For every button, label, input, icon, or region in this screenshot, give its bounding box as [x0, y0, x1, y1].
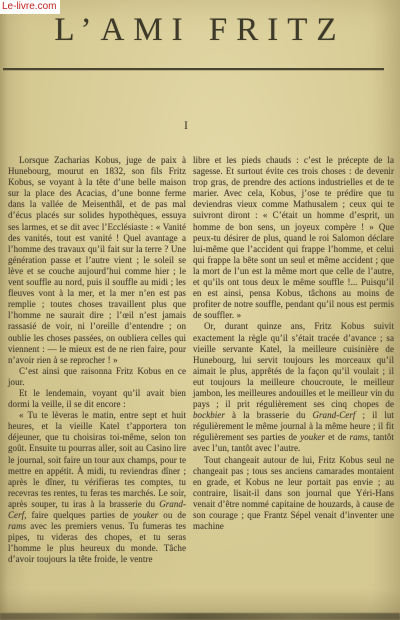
paragraph: Lorsque Zacharias Kobus, juge de paix à … [8, 155, 186, 366]
paragraph: Et le lendemain, voyant qu’il avait bien… [8, 388, 186, 410]
column-right: libre et les pieds chauds : c’est le pré… [193, 155, 394, 565]
paragraph: libre et les pieds chauds : c’est le pré… [193, 155, 394, 321]
title-rule [3, 68, 384, 70]
italic-text: rams [8, 521, 26, 531]
italic-text: youker [134, 510, 159, 520]
italic-text: rams [350, 432, 368, 442]
italic-text: Grand-Cerf [8, 499, 186, 520]
book-title: L’AMI FRITZ [0, 12, 400, 49]
scanned-book-page: Le-livre.com L’AMI FRITZ I Lorsque Zacha… [0, 0, 400, 620]
italic-text: youker [300, 432, 325, 442]
paragraph: C’est ainsi que raisonna Fritz Kobus en … [8, 366, 186, 388]
italic-text: bockbier [193, 410, 225, 420]
italic-text: Grand-Cerf [312, 410, 355, 420]
paragraph: Tout changeait autour de lui, Fritz Kobu… [193, 455, 394, 533]
scan-bottom-edge [0, 613, 400, 620]
paragraph: « Tu te lèveras le matin, entre sept et … [8, 410, 186, 565]
column-left: Lorsque Zacharias Kobus, juge de paix à … [8, 155, 186, 565]
watermark: Le-livre.com [0, 0, 60, 14]
paragraph: Or, durant quinze ans, Fritz Kobus suivi… [193, 321, 394, 454]
text-columns: Lorsque Zacharias Kobus, juge de paix à … [8, 155, 394, 565]
chapter-numeral: I [0, 118, 372, 133]
